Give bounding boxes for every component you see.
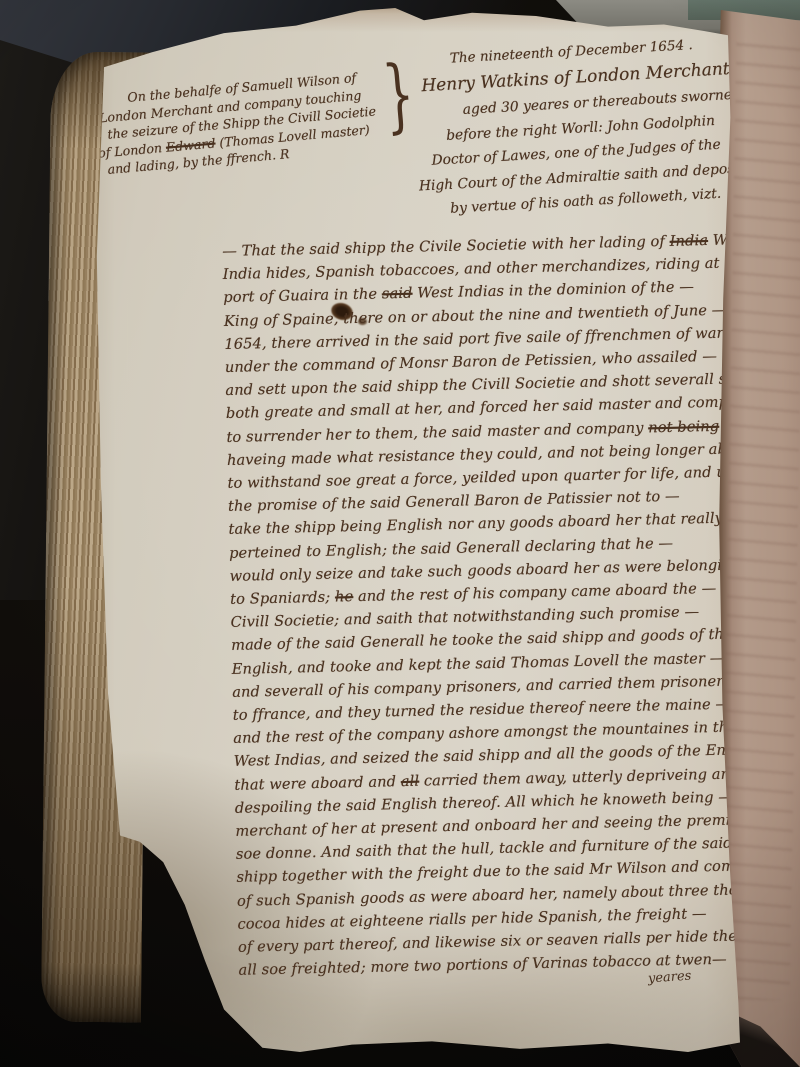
struck-text: he	[335, 588, 354, 605]
struck-text: India	[669, 232, 708, 250]
text-segment: to Spaniards;	[230, 589, 335, 608]
facing-page-ghost-text	[720, 39, 800, 1000]
margin-note-lines: On the behalfe of Samuell Wilson ofLondo…	[93, 64, 415, 179]
text-segment: West Indias in the dominion of the —	[412, 279, 694, 302]
photo-of-manuscript-page: On the behalfe of Samuell Wilson ofLondo…	[0, 0, 800, 1067]
text-segment: that were aboard and	[234, 773, 401, 794]
struck-text: said	[382, 285, 413, 303]
margin-note: On the behalfe of Samuell Wilson ofLondo…	[93, 64, 415, 179]
catchword: yeares	[648, 969, 692, 987]
margin-note-brace: }	[380, 54, 417, 136]
struck-text: all	[401, 772, 420, 789]
struck-text: not being	[648, 417, 719, 436]
text-segment: port of Guaira in the	[223, 286, 382, 307]
deposition-body: — That the said shipp the Civile Societi…	[222, 228, 784, 983]
